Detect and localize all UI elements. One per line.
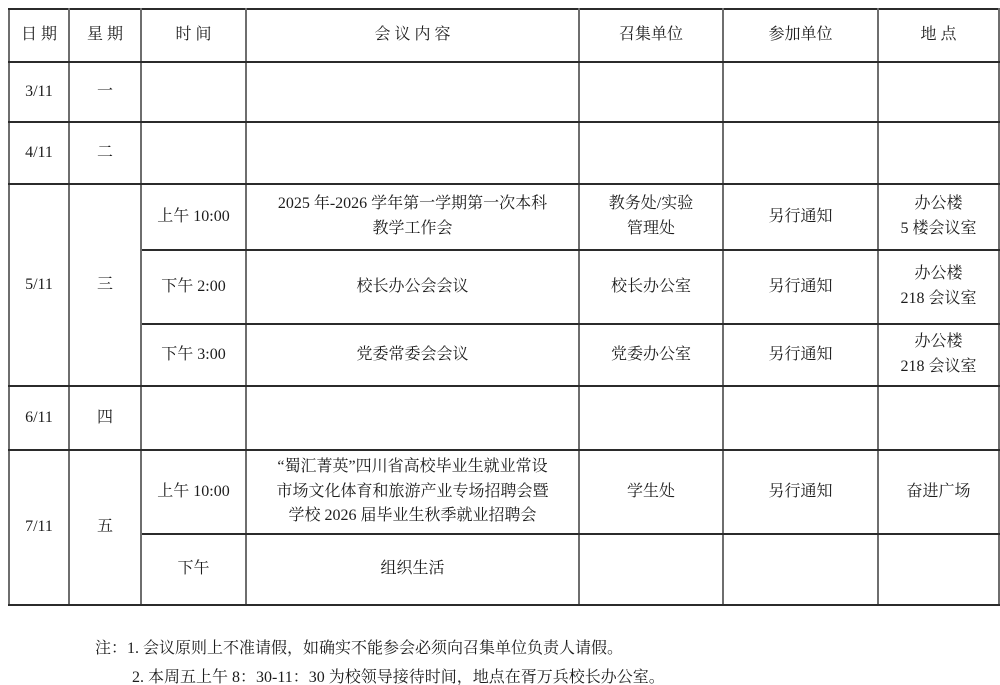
cell-time xyxy=(141,386,246,450)
header-convener: 召集单位 xyxy=(579,9,723,62)
cell-convener: 校长办公室 xyxy=(579,250,723,324)
cell-location: 办公楼 218 会议室 xyxy=(878,324,999,386)
cell-date: 4/11 xyxy=(9,122,69,184)
cell-weekday: 二 xyxy=(69,122,141,184)
cell-time: 下午 xyxy=(141,534,246,605)
table-row-friday-2: 下午 组织生活 xyxy=(9,534,999,605)
cell-content: 校长办公会会议 xyxy=(246,250,579,324)
cell-date: 3/11 xyxy=(9,62,69,122)
cell-location xyxy=(878,62,999,122)
header-participants: 参加单位 xyxy=(723,9,878,62)
table-row-thursday: 6/11 四 xyxy=(9,386,999,450)
cell-location: 奋进广场 xyxy=(878,450,999,534)
cell-participants xyxy=(723,122,878,184)
cell-content: 2025 年-2026 学年第一学期第一次本科 教学工作会 xyxy=(246,184,579,250)
header-row: 日 期 星 期 时 间 会 议 内 容 召集单位 参加单位 地 点 xyxy=(9,9,999,62)
cell-weekday: 一 xyxy=(69,62,141,122)
table-row-wednesday-1: 5/11 三 上午 10:00 2025 年-2026 学年第一学期第一次本科 … xyxy=(9,184,999,250)
cell-participants xyxy=(723,534,878,605)
cell-convener xyxy=(579,386,723,450)
cell-time: 上午 10:00 xyxy=(141,184,246,250)
cell-convener xyxy=(579,122,723,184)
cell-location xyxy=(878,534,999,605)
cell-participants: 另行通知 xyxy=(723,184,878,250)
cell-time xyxy=(141,122,246,184)
header-location: 地 点 xyxy=(878,9,999,62)
cell-content: 党委常委会会议 xyxy=(246,324,579,386)
cell-participants: 另行通知 xyxy=(723,250,878,324)
cell-time: 上午 10:00 xyxy=(141,450,246,534)
header-content: 会 议 内 容 xyxy=(246,9,579,62)
cell-weekday: 三 xyxy=(69,184,141,386)
cell-location: 办公楼 5 楼会议室 xyxy=(878,184,999,250)
cell-time: 下午 3:00 xyxy=(141,324,246,386)
cell-convener: 党委办公室 xyxy=(579,324,723,386)
cell-convener xyxy=(579,62,723,122)
cell-participants: 另行通知 xyxy=(723,324,878,386)
table-row-wednesday-2: 下午 2:00 校长办公会会议 校长办公室 另行通知 办公楼 218 会议室 xyxy=(9,250,999,324)
cell-participants xyxy=(723,62,878,122)
cell-time: 下午 2:00 xyxy=(141,250,246,324)
table-row-wednesday-3: 下午 3:00 党委常委会会议 党委办公室 另行通知 办公楼 218 会议室 xyxy=(9,324,999,386)
cell-date: 6/11 xyxy=(9,386,69,450)
cell-convener: 教务处/实验 管理处 xyxy=(579,184,723,250)
header-time: 时 间 xyxy=(141,9,246,62)
cell-content xyxy=(246,122,579,184)
cell-participants xyxy=(723,386,878,450)
footnote-line-2: 2. 本周五上午 8：30-11：30 为校领导接待时间，地点在胥万兵校长办公室… xyxy=(132,663,665,685)
cell-weekday: 五 xyxy=(69,450,141,605)
cell-content xyxy=(246,386,579,450)
cell-participants: 另行通知 xyxy=(723,450,878,534)
schedule-table: 日 期 星 期 时 间 会 议 内 容 召集单位 参加单位 地 点 3/11 一 xyxy=(8,8,1000,606)
cell-convener xyxy=(579,534,723,605)
cell-location xyxy=(878,122,999,184)
table-row-tuesday: 4/11 二 xyxy=(9,122,999,184)
cell-content: 组织生活 xyxy=(246,534,579,605)
table-row-friday-1: 7/11 五 上午 10:00 “蜀汇菁英”四川省高校毕业生就业常设 市场文化体… xyxy=(9,450,999,534)
table-row-monday: 3/11 一 xyxy=(9,62,999,122)
cell-location xyxy=(878,386,999,450)
header-date: 日 期 xyxy=(9,9,69,62)
cell-convener: 学生处 xyxy=(579,450,723,534)
cell-content xyxy=(246,62,579,122)
footnote-line-1: 注：1. 会议原则上不准请假，如确实不能参会必须向召集单位负责人请假。 xyxy=(95,634,665,663)
cell-date: 7/11 xyxy=(9,450,69,605)
footnotes: 注：1. 会议原则上不准请假，如确实不能参会必须向召集单位负责人请假。 2. 本… xyxy=(95,634,665,685)
cell-date: 5/11 xyxy=(9,184,69,386)
cell-content: “蜀汇菁英”四川省高校毕业生就业常设 市场文化体育和旅游产业专场招聘会暨 学校 … xyxy=(246,450,579,534)
cell-weekday: 四 xyxy=(69,386,141,450)
weekly-meeting-schedule-page: 日 期 星 期 时 间 会 议 内 容 召集单位 参加单位 地 点 3/11 一 xyxy=(0,0,1000,685)
header-weekday: 星 期 xyxy=(69,9,141,62)
cell-time xyxy=(141,62,246,122)
cell-location: 办公楼 218 会议室 xyxy=(878,250,999,324)
